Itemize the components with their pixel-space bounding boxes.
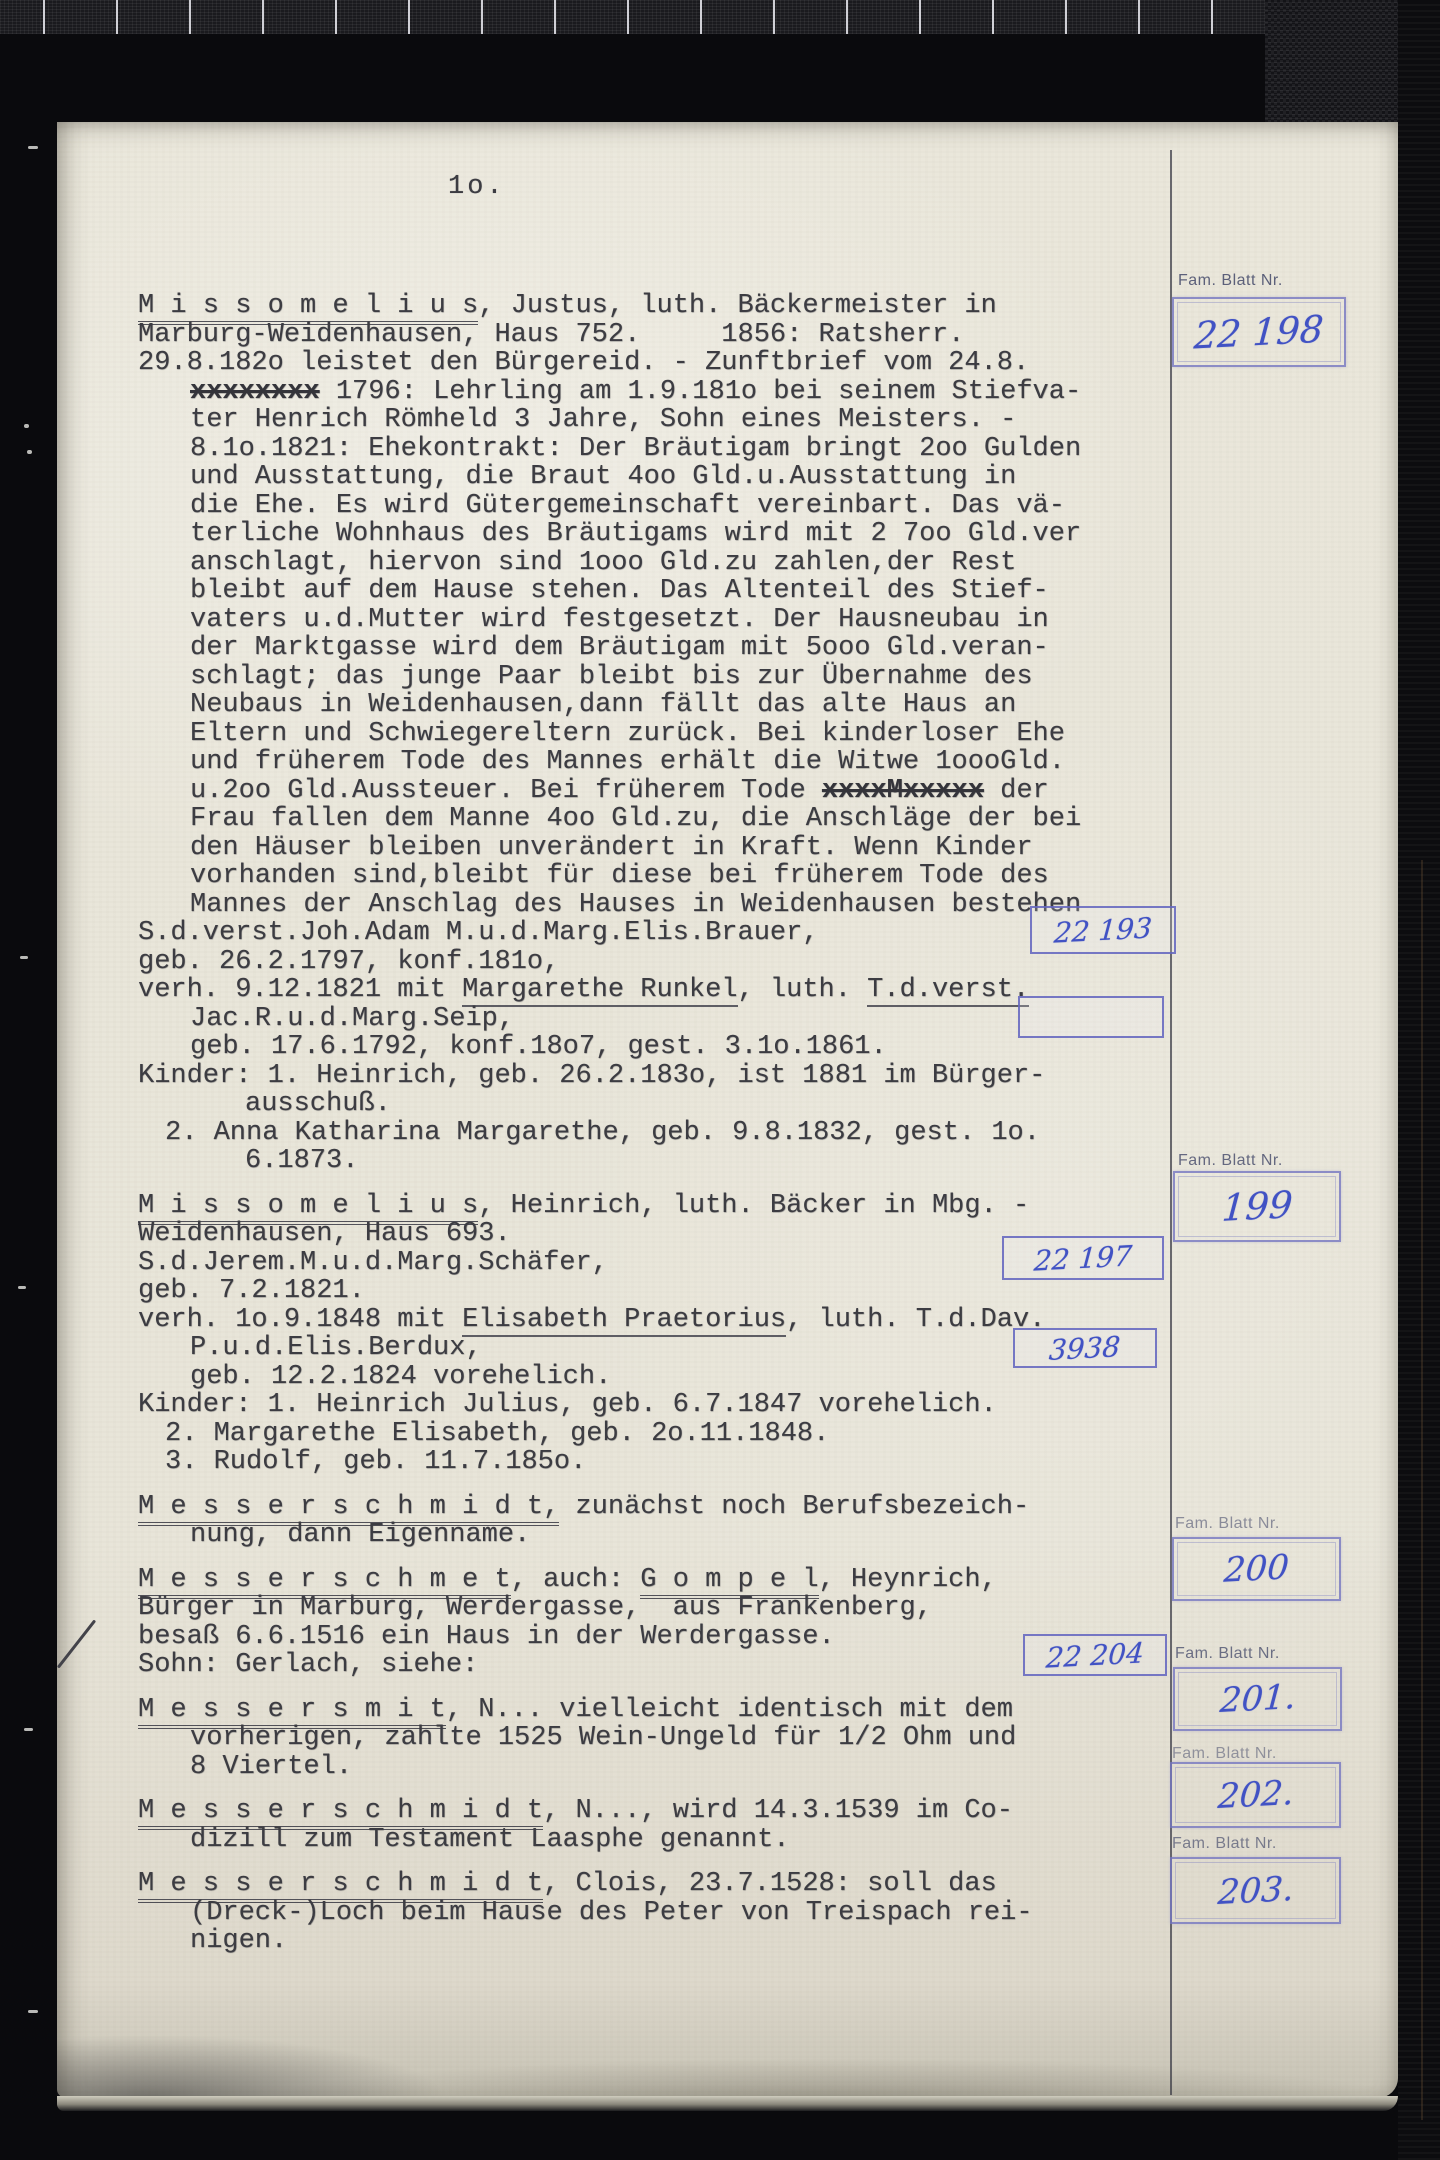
- text-line: 2. Anna Katharina Margarethe, geb. 9.8.1…: [165, 1119, 1098, 1148]
- text-segment: 8.1o.1821: Ehekontrakt: Der Bräutigam br…: [190, 434, 1081, 464]
- text-line: M e s s e r s c h m i d t, zunächst noch…: [138, 1493, 1098, 1522]
- text-segment: Jac.R.u.d.Marg.Seip,: [190, 1004, 514, 1034]
- text-line: besaß 6.6.1516 ein Haus in der Werdergas…: [138, 1623, 1098, 1652]
- handwritten-number: 203.: [1216, 1868, 1294, 1912]
- document-page: 1o. M i s s o m e l i u s, Justus, luth.…: [57, 122, 1398, 2098]
- text-segment: schlagt; das junge Paar bleibt bis zur Ü…: [190, 662, 1033, 692]
- film-strip-top: [0, 0, 1440, 34]
- fam-blatt-box-1: 22 198: [1172, 297, 1346, 367]
- text-segment: xxxxMxxxxx: [822, 776, 984, 806]
- text-line: geb. 7.2.1821.: [138, 1277, 1098, 1306]
- text-line: 2. Margarethe Elisabeth, geb. 2o.11.1848…: [165, 1420, 1098, 1449]
- microfilm-scan: 1o. M i s s o m e l i u s, Justus, luth.…: [0, 0, 1440, 2160]
- text-segment: S.d.verst.Joh.Adam M.u.d.Marg.Elis.Braue…: [138, 918, 819, 948]
- text-segment: vaters u.d.Mutter wird festgesetzt. Der …: [190, 605, 1049, 635]
- text-line: dizill zum Testament Laasphe genannt.: [190, 1826, 1098, 1855]
- text-segment: Bürger in Marburg, Werdergasse, aus Fran…: [138, 1593, 932, 1623]
- handwritten-number: 202.: [1216, 1773, 1294, 1817]
- handwritten-number: 3938: [1048, 1330, 1121, 1367]
- fam-blatt-box-5: 202.: [1170, 1762, 1341, 1828]
- text-segment: der: [984, 776, 1049, 806]
- text-line: bleibt auf dem Hause stehen. Das Altente…: [190, 577, 1098, 606]
- film-speck: [24, 424, 29, 428]
- text-segment: ter Henrich Römheld 3 Jahre, Sohn eines …: [190, 405, 1016, 435]
- text-line: Kinder: 1. Heinrich Julius, geb. 6.7.184…: [138, 1391, 1098, 1420]
- text-segment: Frau fallen dem Manne 4oo Gld.zu, die An…: [190, 804, 1081, 834]
- handwritten-number: 201.: [1218, 1677, 1296, 1721]
- text-segment: terliche Wohnhaus des Bräutigams wird mi…: [190, 519, 1081, 549]
- text-line: Sohn: Gerlach, siehe:: [138, 1651, 1098, 1680]
- text-line: S.d.Jerem.M.u.d.Marg.Schäfer,: [138, 1249, 1098, 1278]
- text-line: nigen.: [190, 1927, 1098, 1956]
- inline-ref-box-1: 22 193: [1030, 906, 1176, 954]
- text-line: M i s s o m e l i u s, Heinrich, luth. B…: [138, 1192, 1098, 1221]
- text-segment: S.d.Jerem.M.u.d.Marg.Schäfer,: [138, 1248, 608, 1278]
- text-line: schlagt; das junge Paar bleibt bis zur Ü…: [190, 663, 1098, 692]
- fam-blatt-label-2: Fam. Blatt Nr.: [1178, 1152, 1283, 1170]
- text-line: P.u.d.Elis.Berdux,: [190, 1334, 1098, 1363]
- fam-blatt-box-6: 203.: [1170, 1857, 1341, 1924]
- fam-blatt-label-4: Fam. Blatt Nr.: [1175, 1645, 1280, 1663]
- text-segment: Eltern und Schwiegereltern zurück. Bei k…: [190, 719, 1065, 749]
- text-line: terliche Wohnhaus des Bräutigams wird mi…: [190, 520, 1098, 549]
- text-segment: Weidenhausen, Haus 693.: [138, 1219, 511, 1249]
- film-speck: [28, 2010, 38, 2013]
- text-segment: dizill zum Testament Laasphe genannt.: [190, 1825, 790, 1855]
- text-segment: und Ausstattung, die Braut 4oo Gld.u.Aus…: [190, 462, 1016, 492]
- text-line: verh. 1o.9.1848 mit Elisabeth Praetorius…: [138, 1306, 1098, 1335]
- text-segment: Neubaus in Weidenhausen,dann fällt das a…: [190, 690, 1016, 720]
- text-line: und früherem Tode des Mannes erhält die …: [190, 748, 1098, 777]
- text-line: ausschuß.: [245, 1090, 1098, 1119]
- text-line: vorhanden sind,bleibt für diese bei früh…: [190, 862, 1098, 891]
- text-line: geb. 12.2.1824 vorehelich.: [190, 1363, 1098, 1392]
- page-bottom-edge: [57, 2096, 1398, 2111]
- fam-blatt-label-3: Fam. Blatt Nr.: [1175, 1515, 1280, 1533]
- text-segment: xxxxxxxx: [190, 377, 320, 407]
- text-line: ter Henrich Römheld 3 Jahre, Sohn eines …: [190, 406, 1098, 435]
- text-line: verh. 9.12.1821 mit Margarethe Runkel, l…: [138, 976, 1098, 1005]
- text-line: u.2oo Gld.Aussteuer. Bei früherem Tode x…: [190, 777, 1098, 806]
- text-segment: 6.1873.: [245, 1146, 358, 1176]
- text-segment: , N... vielleicht identisch mit dem: [446, 1695, 1013, 1725]
- inline-ref-box-4: 22 204: [1023, 1634, 1167, 1676]
- text-segment: 29.8.182o leistet den Bürgereid. - Zunft…: [138, 348, 1029, 378]
- text-line: xxxxxxxx 1796: Lehrling am 1.9.181o bei …: [190, 378, 1098, 407]
- text-segment: vorherigen, zahlte 1525 Wein-Ungeld für …: [190, 1723, 1016, 1753]
- inline-ref-box-2: 22 197: [1002, 1236, 1164, 1280]
- text-line: vaters u.d.Mutter wird festgesetzt. Der …: [190, 606, 1098, 635]
- text-line: Bürger in Marburg, Werdergasse, aus Fran…: [138, 1594, 1098, 1623]
- text-line: M e s s e r s c h m e t, auch: G o m p e…: [138, 1566, 1098, 1595]
- text-segment: , auch:: [511, 1565, 641, 1595]
- text-segment: der Marktgasse wird dem Bräutigam mit 5o…: [190, 633, 1049, 663]
- handwritten-number: 200: [1223, 1547, 1291, 1591]
- text-segment: 1796: Lehrling am 1.9.181o bei seinem St…: [320, 377, 1082, 407]
- pencil-checkmark: [57, 1619, 96, 1668]
- text-segment: Mannes der Anschlag des Hauses in Weiden…: [190, 890, 1081, 920]
- text-segment: Sohn: Gerlach, siehe:: [138, 1650, 478, 1680]
- text-line: anschlagt, hiervon sind 1ooo Gld.zu zahl…: [190, 549, 1098, 578]
- text-line: M i s s o m e l i u s, Justus, luth. Bäc…: [138, 292, 1098, 321]
- text-segment: , luth.: [738, 975, 868, 1005]
- text-segment: (Dreck-)Loch beim Hause des Peter von Tr…: [190, 1898, 1033, 1928]
- text-line: den Häuser bleiben unverändert in Kraft.…: [190, 834, 1098, 863]
- text-segment: 2. Margarethe Elisabeth, geb. 2o.11.1848…: [165, 1419, 829, 1449]
- inline-ref-box-empty: [1018, 996, 1164, 1038]
- film-scratch-line: [1421, 860, 1423, 2120]
- text-line: (Dreck-)Loch beim Hause des Peter von Tr…: [190, 1899, 1098, 1928]
- handwritten-number: 22 198: [1193, 307, 1325, 357]
- film-speck: [24, 1728, 33, 1731]
- text-line: nung, dann Eigenname.: [190, 1521, 1098, 1550]
- text-line: geb. 26.2.1797, konf.181o,: [138, 948, 1098, 977]
- text-line: M e s s e r s m i t, N... vielleicht ide…: [138, 1696, 1098, 1725]
- text-line: 8.1o.1821: Ehekontrakt: Der Bräutigam br…: [190, 435, 1098, 464]
- text-line: 8 Viertel.: [190, 1753, 1098, 1782]
- handwritten-number: 22 197: [1033, 1239, 1133, 1277]
- text-line: 3. Rudolf, geb. 11.7.185o.: [165, 1448, 1098, 1477]
- text-segment: , Justus, luth. Bäckermeister in: [478, 291, 996, 321]
- text-line: Kinder: 1. Heinrich, geb. 26.2.183o, ist…: [138, 1062, 1098, 1091]
- text-segment: , Heinrich, luth. Bäcker in Mbg. -: [478, 1191, 1029, 1221]
- fam-blatt-box-2: 199: [1173, 1171, 1341, 1242]
- fam-blatt-label-5: Fam. Blatt Nr.: [1172, 1745, 1277, 1763]
- text-line: 6.1873.: [245, 1147, 1098, 1176]
- text-segment: 2. Anna Katharina Margarethe, geb. 9.8.1…: [165, 1118, 1040, 1148]
- text-segment: u.2oo Gld.Aussteuer. Bei früherem Tode: [190, 776, 822, 806]
- text-segment: die Ehe. Es wird Gütergemeinschaft verei…: [190, 491, 1065, 521]
- text-segment: 8 Viertel.: [190, 1752, 352, 1782]
- text-line: vorherigen, zahlte 1525 Wein-Ungeld für …: [190, 1724, 1098, 1753]
- text-segment: 3. Rudolf, geb. 11.7.185o.: [165, 1447, 586, 1477]
- text-segment: geb. 26.2.1797, konf.181o,: [138, 947, 559, 977]
- text-segment: Kinder: 1. Heinrich, geb. 26.2.183o, ist…: [138, 1061, 1045, 1091]
- text-segment: P.u.d.Elis.Berdux,: [190, 1333, 482, 1363]
- text-segment: verh. 1o.9.1848 mit: [138, 1305, 462, 1335]
- text-line: M e s s e r s c h m i d t, Clois, 23.7.1…: [138, 1870, 1098, 1899]
- film-edge-right: [1398, 0, 1440, 2160]
- text-segment: geb. 12.2.1824 vorehelich.: [190, 1362, 611, 1392]
- text-segment: vorhanden sind,bleibt für diese bei früh…: [190, 861, 1049, 891]
- text-segment: , luth. T.d.Dav.: [786, 1305, 1045, 1335]
- text-segment: , Heynrich,: [819, 1565, 997, 1595]
- text-segment: verh. 9.12.1821 mit: [138, 975, 462, 1005]
- film-speck: [18, 1286, 26, 1289]
- film-speck: [20, 956, 28, 959]
- text-segment: und früherem Tode des Mannes erhält die …: [190, 747, 1065, 777]
- text-segment: den Häuser bleiben unverändert in Kraft.…: [190, 833, 1033, 863]
- handwritten-number: 199: [1220, 1183, 1294, 1230]
- inline-ref-box-3: 3938: [1013, 1328, 1157, 1368]
- text-segment: T.d.verst.: [867, 975, 1029, 1007]
- text-line: Marburg-Weidenhausen, Haus 752. 1856: Ra…: [138, 321, 1098, 350]
- fam-blatt-box-3: 200: [1172, 1537, 1341, 1601]
- text-segment: Marburg-Weidenhausen, Haus 752. 1856: Ra…: [138, 320, 964, 350]
- text-line: Eltern und Schwiegereltern zurück. Bei k…: [190, 720, 1098, 749]
- film-speck: [28, 146, 38, 149]
- fam-blatt-box-4: 201.: [1173, 1667, 1342, 1731]
- text-segment: Margarethe Runkel: [462, 975, 737, 1007]
- fam-blatt-label-1: Fam. Blatt Nr.: [1178, 272, 1283, 290]
- text-segment: zunächst noch Berufsbezeich-: [559, 1492, 1029, 1522]
- text-line: geb. 17.6.1792, konf.18o7, gest. 3.1o.18…: [190, 1033, 1098, 1062]
- page-number: 1o.: [448, 172, 506, 202]
- text-segment: Elisabeth Praetorius: [462, 1305, 786, 1337]
- text-segment: , N..., wird 14.3.1539 im Co-: [543, 1796, 1013, 1826]
- text-segment: nung, dann Eigenname.: [190, 1520, 530, 1550]
- text-segment: ausschuß.: [245, 1089, 391, 1119]
- text-line: Mannes der Anschlag des Hauses in Weiden…: [190, 891, 1098, 920]
- text-line: 29.8.182o leistet den Bürgereid. - Zunft…: [138, 349, 1098, 378]
- text-line: Neubaus in Weidenhausen,dann fällt das a…: [190, 691, 1098, 720]
- text-segment: , Clois, 23.7.1528: soll das: [543, 1869, 997, 1899]
- handwritten-number: 22 193: [1053, 911, 1153, 949]
- text-line: der Marktgasse wird dem Bräutigam mit 5o…: [190, 634, 1098, 663]
- text-block: M i s s o m e l i u s, Justus, luth. Bäc…: [138, 292, 1098, 1956]
- text-segment: besaß 6.6.1516 ein Haus in der Werdergas…: [138, 1622, 835, 1652]
- text-line: die Ehe. Es wird Gütergemeinschaft verei…: [190, 492, 1098, 521]
- text-line: Weidenhausen, Haus 693.: [138, 1220, 1098, 1249]
- text-segment: bleibt auf dem Hause stehen. Das Altente…: [190, 576, 1049, 606]
- text-line: M e s s e r s c h m i d t, N..., wird 14…: [138, 1797, 1098, 1826]
- film-speck: [27, 450, 32, 454]
- text-segment: nigen.: [190, 1926, 287, 1956]
- text-line: und Ausstattung, die Braut 4oo Gld.u.Aus…: [190, 463, 1098, 492]
- text-segment: geb. 7.2.1821.: [138, 1276, 365, 1306]
- text-segment: anschlagt, hiervon sind 1ooo Gld.zu zahl…: [190, 548, 1016, 578]
- handwritten-number: 22 204: [1045, 1636, 1145, 1674]
- text-line: Jac.R.u.d.Marg.Seip,: [190, 1005, 1098, 1034]
- text-segment: Kinder: 1. Heinrich Julius, geb. 6.7.184…: [138, 1390, 997, 1420]
- text-line: S.d.verst.Joh.Adam M.u.d.Marg.Elis.Braue…: [138, 919, 1098, 948]
- text-segment: geb. 17.6.1792, konf.18o7, gest. 3.1o.18…: [190, 1032, 887, 1062]
- text-line: Frau fallen dem Manne 4oo Gld.zu, die An…: [190, 805, 1098, 834]
- fam-blatt-label-6: Fam. Blatt Nr.: [1172, 1835, 1277, 1853]
